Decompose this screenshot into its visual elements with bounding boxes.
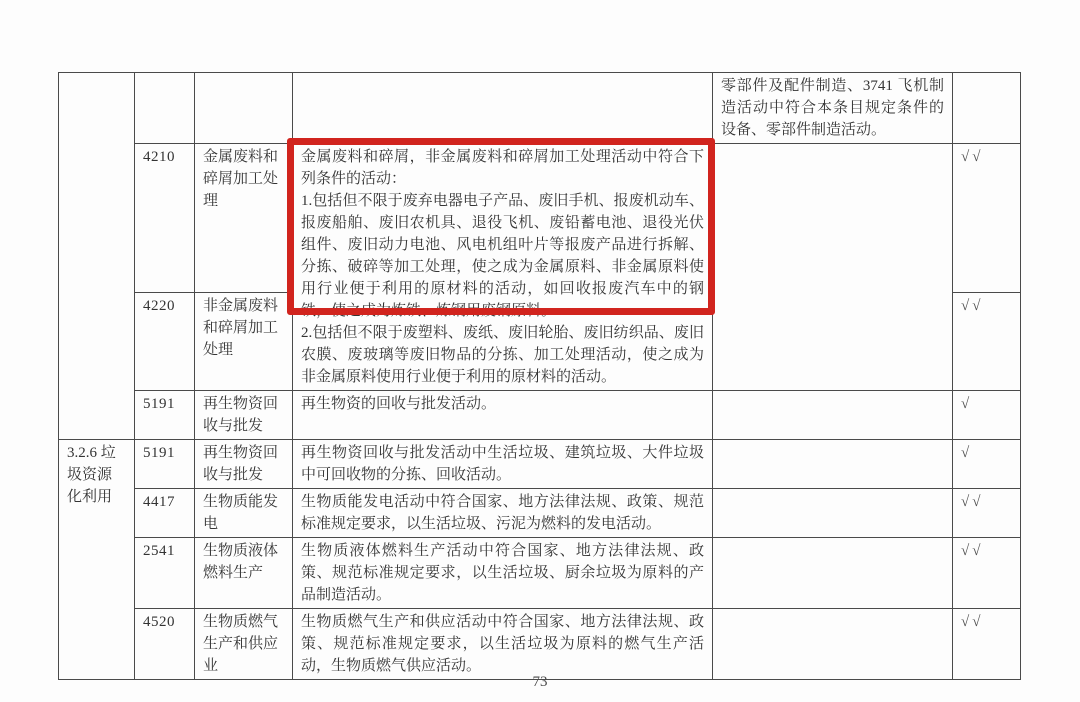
code-cell: 4210 [135,144,195,293]
desc-cell: 生物质燃气生产和供应活动中符合国家、地方法律法规、政策、规范标准规定要求，以生活… [293,609,713,680]
code-cell: 5191 [135,440,195,489]
desc-cell: 生物质能发电活动中符合国家、地方法律法规、政策、规范标准规定要求，以生活垃圾、污… [293,489,713,538]
marks-cell: √ [953,440,1021,489]
marks-cell [953,73,1021,144]
section-cell-continuation [59,73,135,440]
table-row: 4520 生物质燃气生产和供应业 生物质燃气生产和供应活动中符合国家、地方法律法… [59,609,1021,680]
desc-item-2: 2.包括但不限于废塑料、废纸、废旧轮胎、废旧纺织品、废旧农膜、废玻璃等废旧物品的… [301,322,704,388]
code-cell: 5191 [135,391,195,440]
marks-cell: √√ [953,538,1021,609]
table-row: 3.2.6 垃圾资源化利用 5191 再生物资回收与批发 再生物资回收与批发活动… [59,440,1021,489]
marks-cell: √√ [953,609,1021,680]
note-cell [713,144,953,391]
note-cell [713,538,953,609]
note-cell [713,391,953,440]
note-cell [713,609,953,680]
note-cell [713,440,953,489]
marks-cell: √√ [953,293,1021,391]
name-cell [195,73,293,144]
marks-cell: √ [953,391,1021,440]
code-cell: 4220 [135,293,195,391]
name-cell: 再生物资回收与批发 [195,440,293,489]
name-cell: 生物质能发电 [195,489,293,538]
note-cell [713,489,953,538]
desc-cell: 再生物资回收与批发活动中生活垃圾、建筑垃圾、大件垃圾中可回收物的分拣、回收活动。 [293,440,713,489]
section-cell: 3.2.6 垃圾资源化利用 [59,440,135,680]
desc-item-1: 1.包括但不限于废弃电器电子产品、废旧手机、报废机动车、报废船舶、废旧农机具、退… [301,190,704,322]
desc-intro: 金属废料和碎屑，非金属废料和碎屑加工处理活动中符合下列条件的活动： [301,146,704,190]
code-cell: 2541 [135,538,195,609]
name-cell: 生物质燃气生产和供应业 [195,609,293,680]
marks-cell: √√ [953,489,1021,538]
table-row: 5191 再生物资回收与批发 再生物资的回收与批发活动。 √ [59,391,1021,440]
name-cell: 金属废料和碎屑加工处理 [195,144,293,293]
marks-cell: √√ [953,144,1021,293]
note-cell: 零部件及配件制造、3741 飞机制造活动中符合本条目规定条件的设备、零部件制造活… [713,73,953,144]
table-row: 零部件及配件制造、3741 飞机制造活动中符合本条目规定条件的设备、零部件制造活… [59,73,1021,144]
code-cell [135,73,195,144]
document-page: 零部件及配件制造、3741 飞机制造活动中符合本条目规定条件的设备、零部件制造活… [0,0,1080,702]
table-row: 2541 生物质液体燃料生产 生物质液体燃料生产活动中符合国家、地方法律法规、政… [59,538,1021,609]
desc-cell: 生物质液体燃料生产活动中符合国家、地方法律法规、政策、规范标准规定要求，以生活垃… [293,538,713,609]
code-cell: 4417 [135,489,195,538]
name-cell: 生物质液体燃料生产 [195,538,293,609]
table-row: 4210 金属废料和碎屑加工处理 金属废料和碎屑，非金属废料和碎屑加工处理活动中… [59,144,1021,293]
desc-cell [293,73,713,144]
page-number: 73 [0,674,1080,691]
classification-table: 零部件及配件制造、3741 飞机制造活动中符合本条目规定条件的设备、零部件制造活… [58,72,1021,680]
name-cell: 再生物资回收与批发 [195,391,293,440]
table-row: 4417 生物质能发电 生物质能发电活动中符合国家、地方法律法规、政策、规范标准… [59,489,1021,538]
desc-cell-merged: 金属废料和碎屑，非金属废料和碎屑加工处理活动中符合下列条件的活动： 1.包括但不… [293,144,713,391]
desc-cell: 再生物资的回收与批发活动。 [293,391,713,440]
name-cell: 非金属废料和碎屑加工处理 [195,293,293,391]
code-cell: 4520 [135,609,195,680]
